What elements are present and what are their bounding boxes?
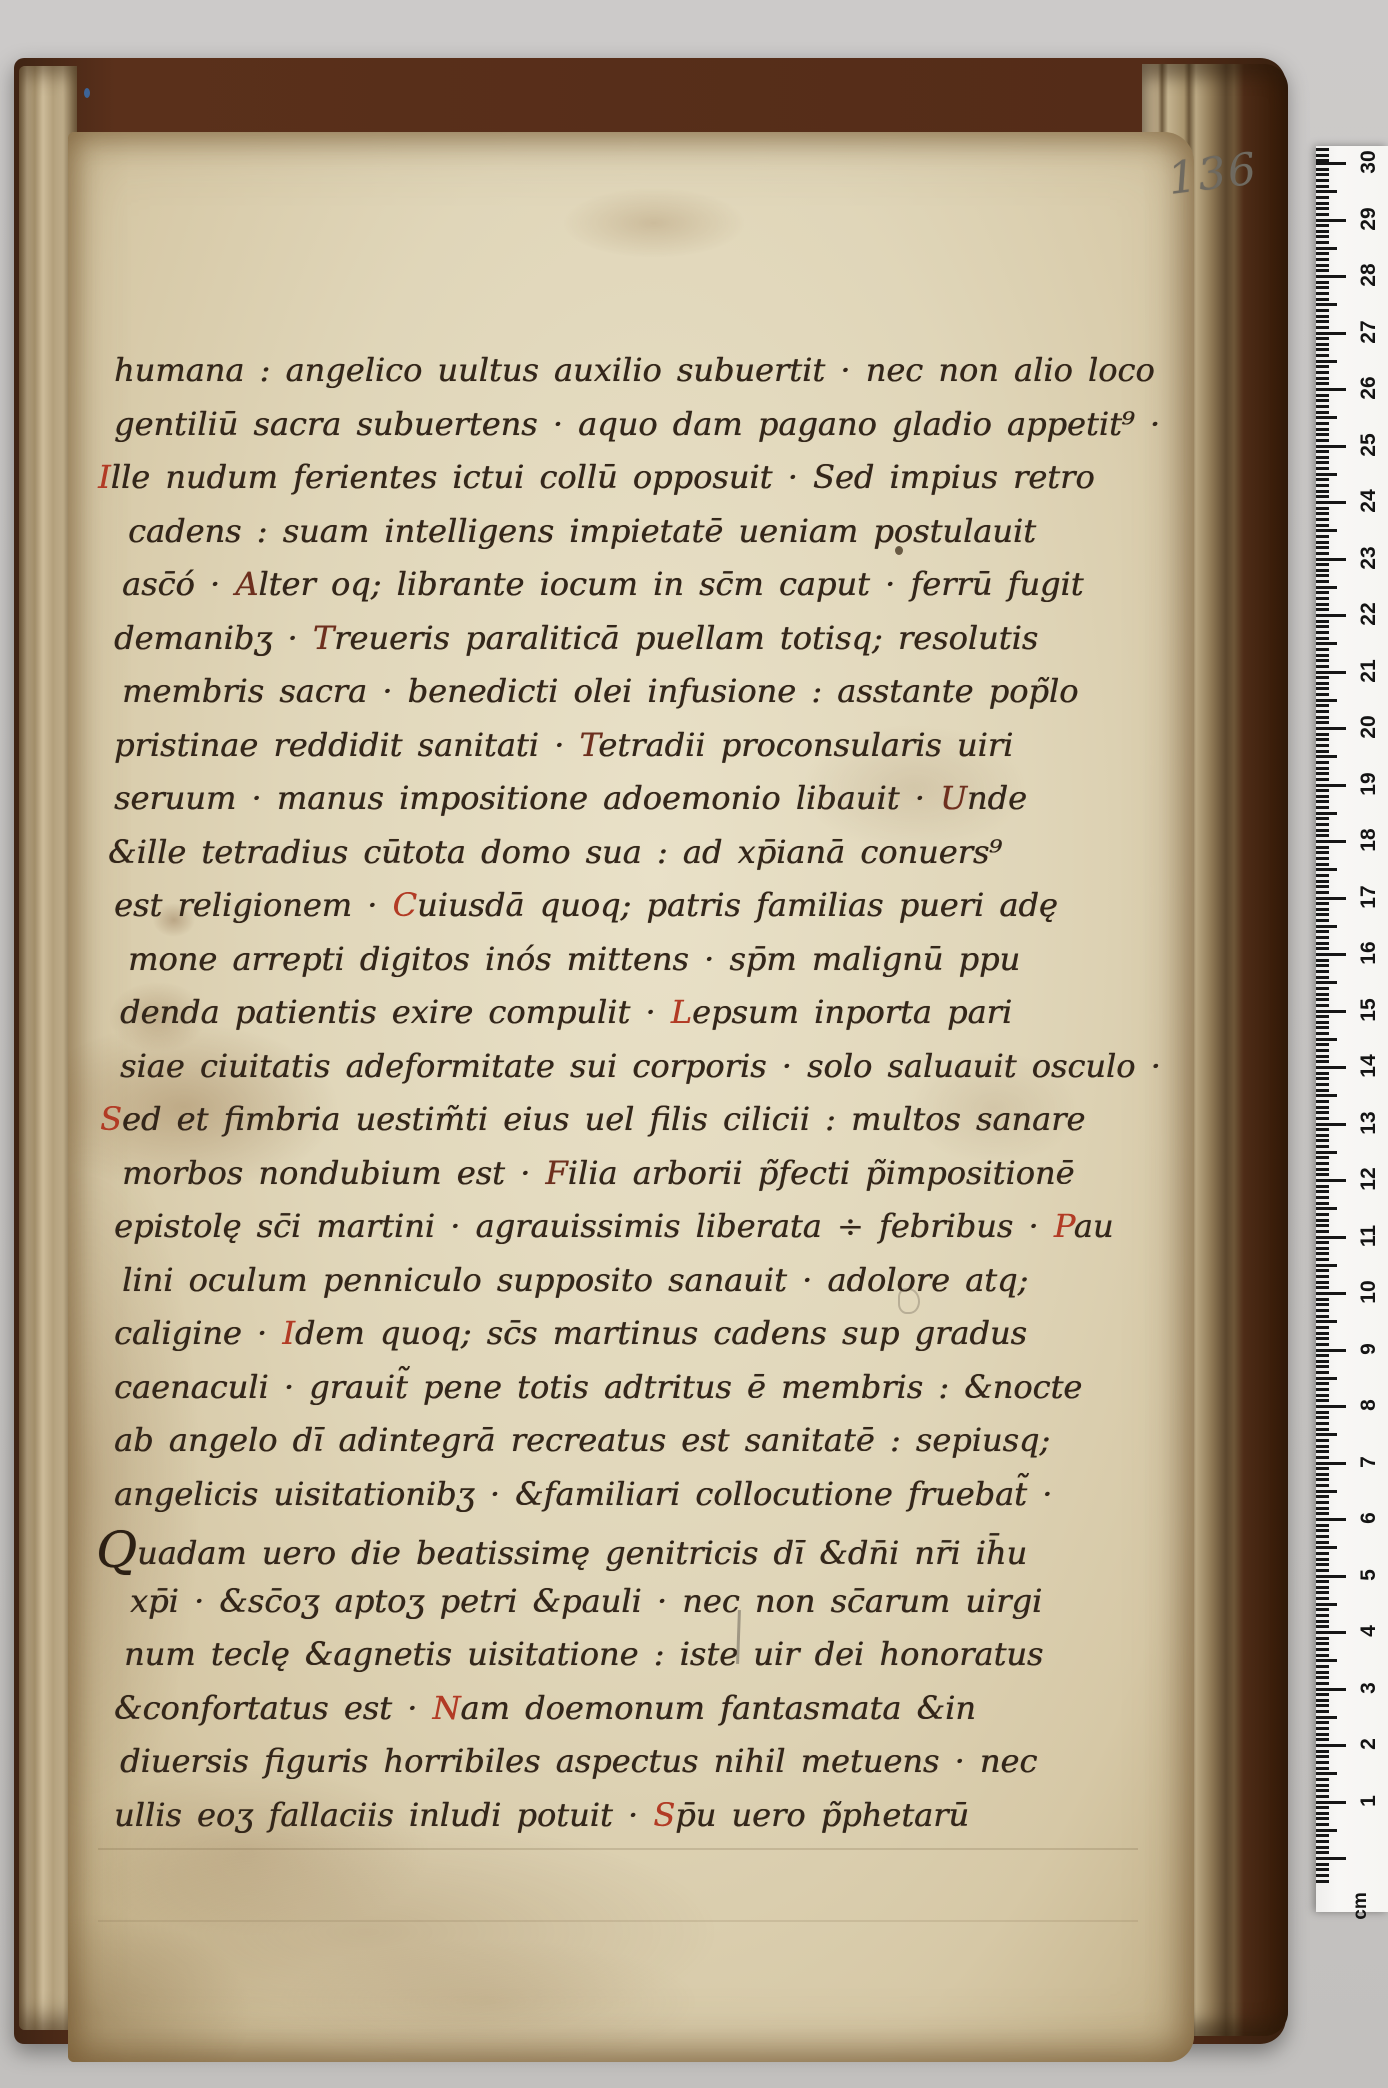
book-binding: humana : angelico uultus auxilio subuert…	[14, 58, 1286, 2044]
ruler-scale: 3029282726252423222120191817161514131211…	[1316, 162, 1388, 1887]
manuscript-line: Quadam uero die beatissimę genitricis dī…	[96, 1521, 1124, 1575]
manuscript-line: lini oculum penniculo supposito sanauit …	[122, 1254, 1124, 1308]
text-block: humana : angelico uultus auxilio subuert…	[114, 344, 1124, 1842]
ruler-cm-segment: 1	[1316, 1801, 1388, 1858]
manuscript-line: &confortatus est · Nam doemonum fantasma…	[114, 1682, 1124, 1736]
manuscript-line: denda patientis exire compulit · Lepsum …	[120, 986, 1124, 1040]
manuscript-photo: humana : angelico uultus auxilio subuert…	[0, 0, 1388, 2088]
manuscript-line: seruum · manus impositione adoemonio lib…	[114, 772, 1124, 826]
manuscript-line: caligine · Idem quoq; sc̄s martinus cade…	[114, 1307, 1124, 1361]
manuscript-line: membris sacra · benedicti olei infusione…	[122, 665, 1124, 719]
manuscript-line: xp̄i · &sc̄oʒ aptoʒ petri &pauli · nec n…	[130, 1575, 1124, 1629]
manuscript-line: siae ciuitatis adeformitate sui corporis…	[120, 1040, 1124, 1094]
manuscript-line: est religionem · Cuiusdā quoq; patris fa…	[114, 879, 1124, 933]
manuscript-line: ullis eoʒ fallaciis inludi potuit · Sp̄u…	[114, 1789, 1124, 1843]
ruler-unit-label: cm	[1350, 1891, 1372, 1921]
manuscript-line: caenaculi · grauit̃ pene totis adtritus …	[114, 1361, 1124, 1415]
manuscript-line: Sed et fimbria uestim̃ti eius uel filis …	[100, 1093, 1124, 1147]
manuscript-line: num teclę &agnetis uisitatione : iste ui…	[124, 1628, 1124, 1682]
parchment-crease	[98, 1920, 1138, 1922]
manuscript-line: morbos nondubium est · Filia arborii p̃f…	[122, 1147, 1124, 1201]
manuscript-line: diuersis figuris horribiles aspectus nih…	[120, 1735, 1124, 1789]
manuscript-line: pristinae reddidit sanitati · Tetradii p…	[114, 719, 1124, 773]
manuscript-line: epistolę sc̄i martini · agrauissimis lib…	[114, 1200, 1124, 1254]
manuscript-line: humana : angelico uultus auxilio subuert…	[114, 344, 1124, 398]
manuscript-line: &ille tetradius cūtota domo sua : ad xp̄…	[108, 826, 1124, 880]
manuscript-line: angelicis uisitationibʒ · &familiari col…	[114, 1468, 1124, 1522]
manuscript-line: demanibʒ · Treueris paraliticā puellam t…	[114, 612, 1124, 666]
manuscript-line: gentiliū sacra subuertens · aquo dam pag…	[114, 398, 1124, 452]
manuscript-line: cadens : suam intelligens impietatē ueni…	[128, 505, 1124, 559]
manuscript-line: ab angelo dī adintegrā recreatus est san…	[114, 1414, 1124, 1468]
ruler-tail-ticks	[1316, 1857, 1388, 1887]
parchment-page: humana : angelico uultus auxilio subuert…	[68, 132, 1194, 2062]
manuscript-line: asc̄ó · Alter oq; librante iocum in sc̄m…	[122, 558, 1124, 612]
manuscript-line: mone arrepti digitos inós mittens · sp̄m…	[128, 933, 1124, 987]
parchment-crease	[98, 1848, 1138, 1850]
ruler: 3029282726252423222120191817161514131211…	[1316, 146, 1388, 1912]
manuscript-line: Ille nudum ferientes ictui collū opposui…	[98, 451, 1124, 505]
